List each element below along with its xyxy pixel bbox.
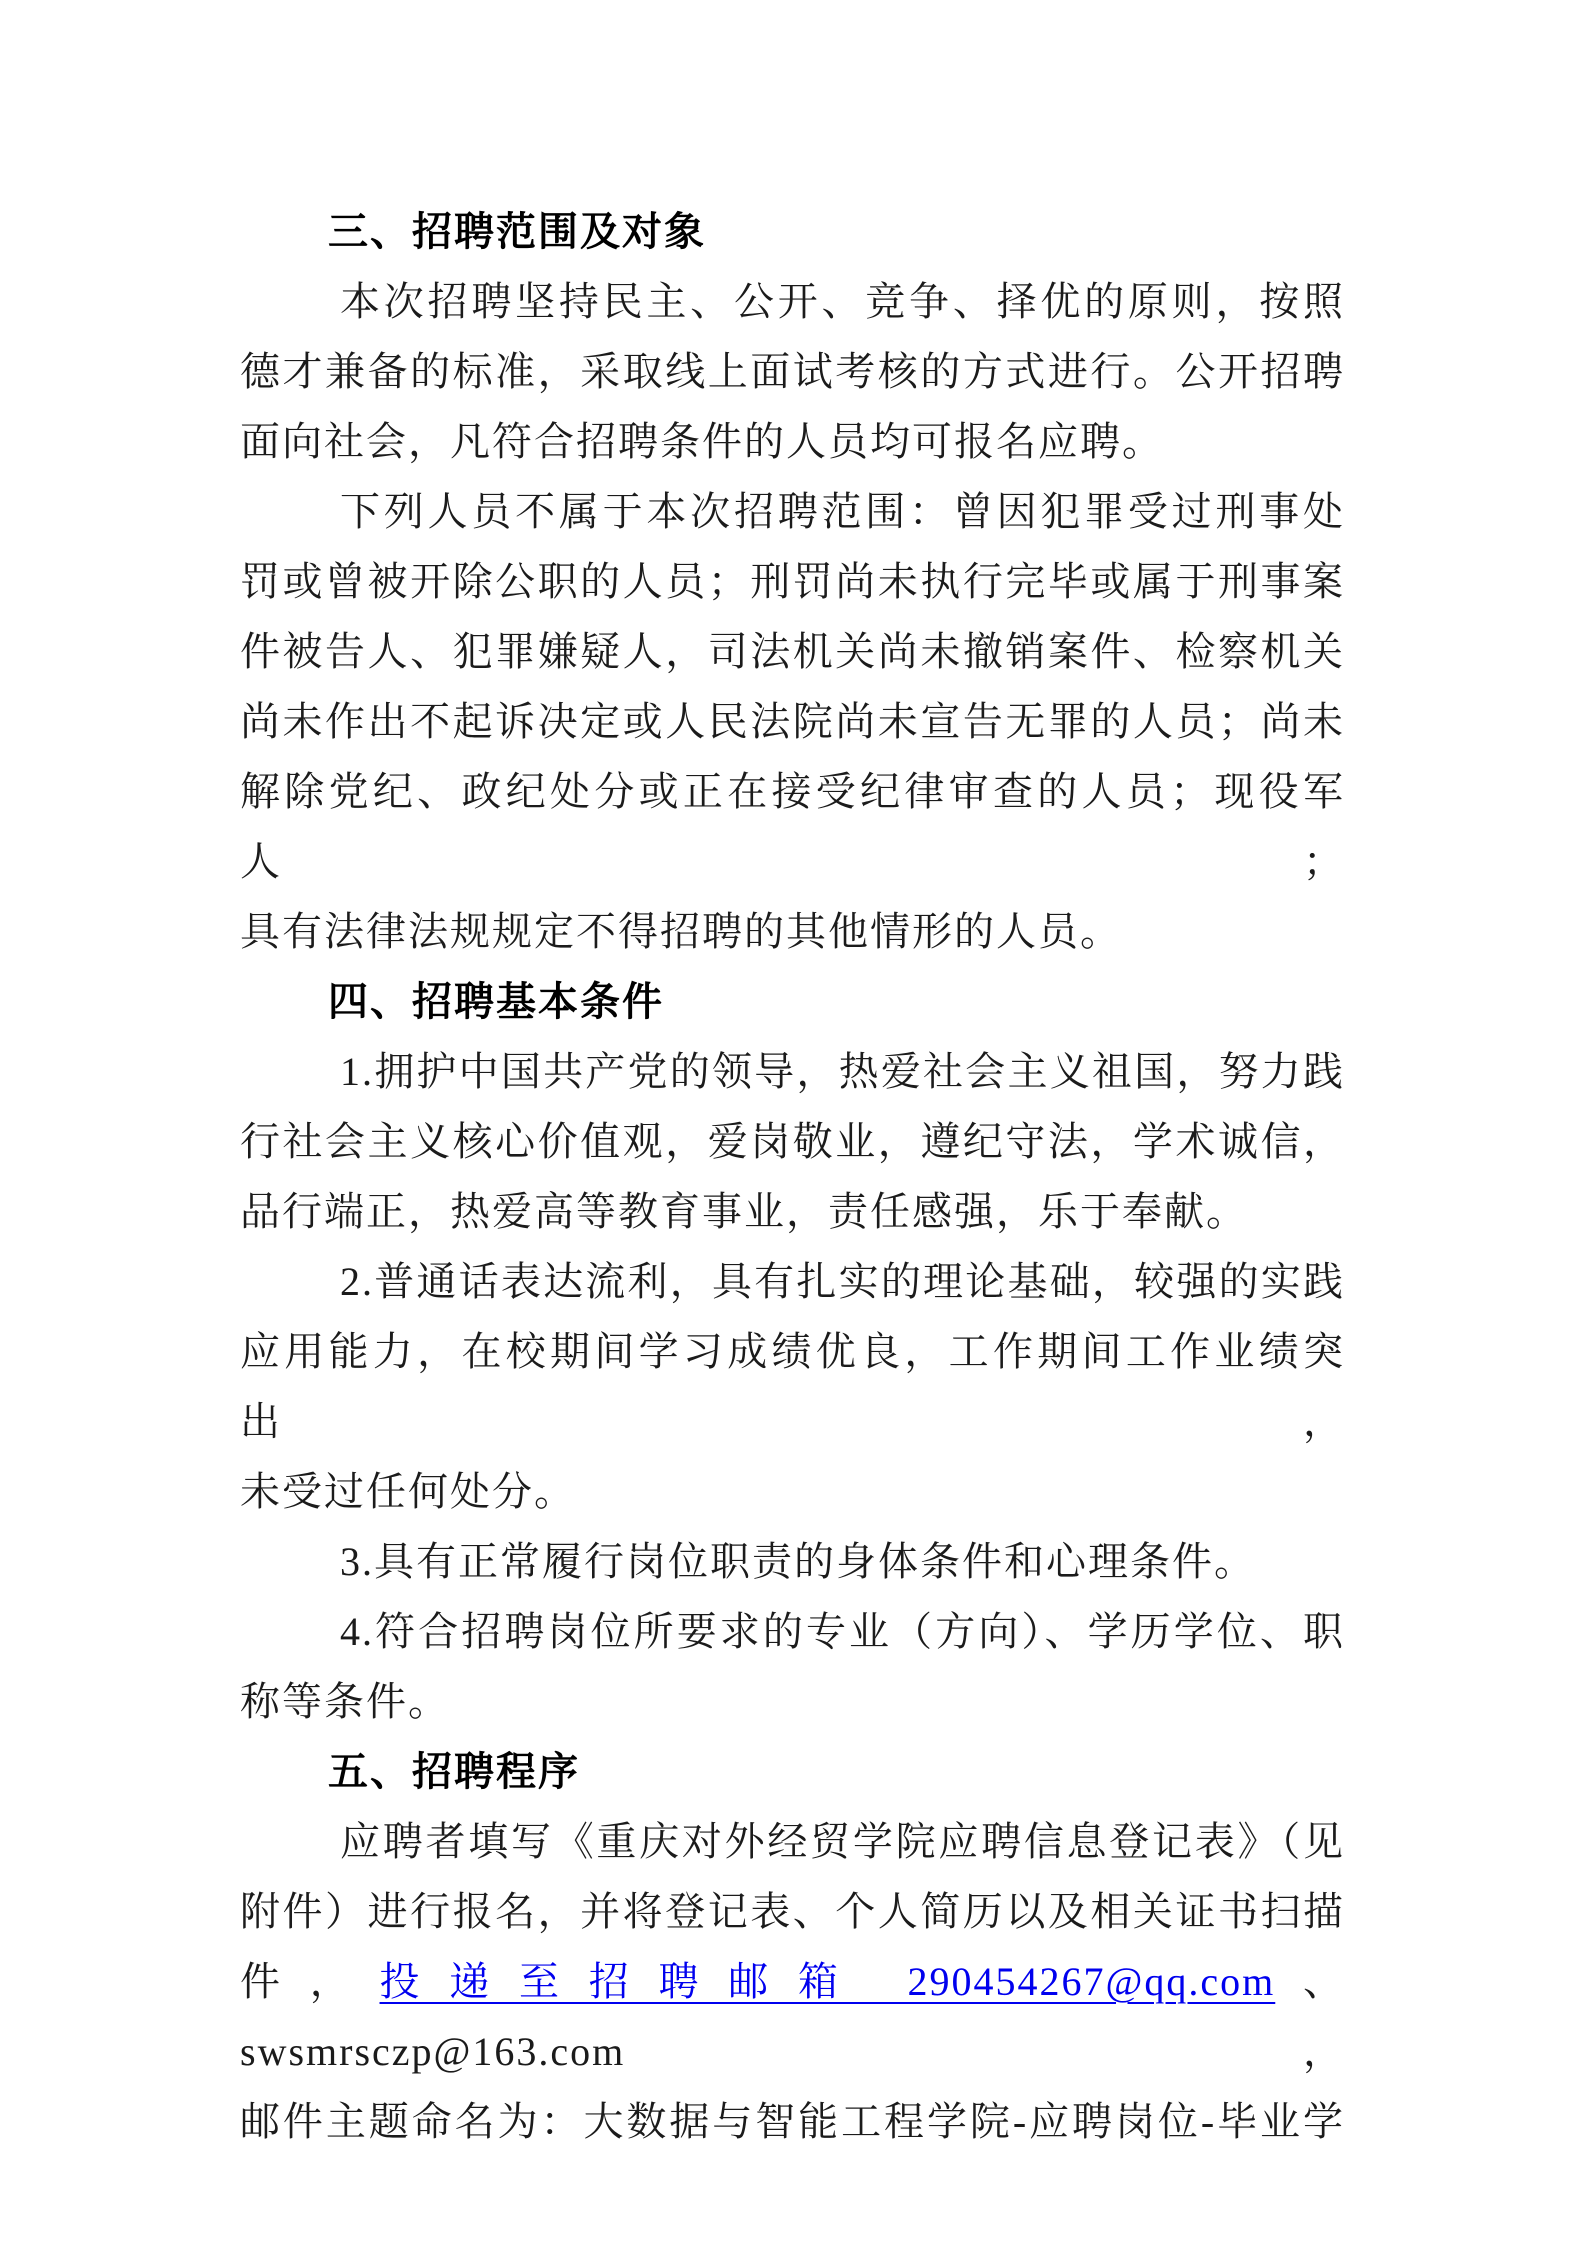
text-line: 解除党纪、政纪处分或正在接受纪律审查的人员；现役军人；	[240, 757, 1345, 897]
text-line: 3.具有正常履行岗位职责的身体条件和心理条件。	[240, 1527, 1345, 1597]
text-segment: 面向社会，凡符合招聘条件的人员均可报名应聘。	[240, 419, 1164, 464]
text-line: 4.符合招聘岗位所要求的专业（方向）、学历学位、职	[240, 1597, 1345, 1667]
text-segment: 五、招聘程序	[328, 1750, 580, 1794]
text-segment: 件，	[240, 1959, 380, 2004]
text-line: 下列人员不属于本次招聘范围：曾因犯罪受过刑事处	[240, 477, 1345, 547]
text-line: 面向社会，凡符合招聘条件的人员均可报名应聘。	[240, 407, 1345, 477]
text-segment: 下列人员不属于本次招聘范围：曾因犯罪受过刑事处	[340, 489, 1345, 534]
section-heading: 三、招聘范围及对象	[240, 197, 1345, 267]
text-segment: 德才兼备的标准，采取线上面试考核的方式进行。公开招聘	[240, 349, 1345, 394]
text-segment: 行社会主义核心价值观，爱岗敬业，遵纪守法，学术诚信，	[240, 1119, 1345, 1164]
text-line: 具有法律法规规定不得招聘的其他情形的人员。	[240, 897, 1345, 967]
text-line: 未受过任何处分。	[240, 1457, 1345, 1527]
text-line: 德才兼备的标准，采取线上面试考核的方式进行。公开招聘	[240, 337, 1345, 407]
text-segment: 罚或曾被开除公职的人员；刑罚尚未执行完毕或属于刑事案	[240, 559, 1345, 604]
text-segment: 件被告人、犯罪嫌疑人，司法机关尚未撤销案件、检察机关	[240, 629, 1345, 674]
text-segment: 称等条件。	[240, 1679, 450, 1724]
text-segment: 2.普通话表达流利，具有扎实的理论基础，较强的实践	[340, 1259, 1345, 1304]
text-segment: 未受过任何处分。	[240, 1469, 576, 1514]
text-line: 件被告人、犯罪嫌疑人，司法机关尚未撤销案件、检察机关	[240, 617, 1345, 687]
text-segment: 三、招聘范围及对象	[328, 210, 706, 254]
text-segment: 尚未作出不起诉决定或人民法院尚未宣告无罪的人员；尚未	[240, 699, 1345, 744]
section-heading: 五、招聘程序	[240, 1737, 1345, 1807]
text-segment: 本次招聘坚持民主、公开、竞争、择优的原则，按照	[340, 279, 1345, 324]
recruitment-email-link[interactable]: 投递至招聘邮箱 290454267@qq.com	[380, 1959, 1276, 2004]
section-heading: 四、招聘基本条件	[240, 967, 1345, 1037]
text-segment: 3.具有正常履行岗位职责的身体条件和心理条件。	[340, 1539, 1256, 1584]
text-segment: 四、招聘基本条件	[328, 980, 664, 1024]
text-line: 本次招聘坚持民主、公开、竞争、择优的原则，按照	[240, 267, 1345, 337]
text-line: 称等条件。	[240, 1667, 1345, 1737]
text-segment: 品行端正，热爱高等教育事业，责任感强，乐于奉献。	[240, 1189, 1248, 1234]
text-segment: 具有法律法规规定不得招聘的其他情形的人员。	[240, 909, 1122, 954]
text-segment: 附件）进行报名，并将登记表、个人简历以及相关证书扫描	[240, 1889, 1345, 1934]
text-line: 件，投递至招聘邮箱 290454267@qq.com、swsmrsczp@163…	[240, 1947, 1345, 2087]
text-line: 行社会主义核心价值观，爱岗敬业，遵纪守法，学术诚信，	[240, 1107, 1345, 1177]
text-line: 应用能力，在校期间学习成绩优良，工作期间工作业绩突出，	[240, 1317, 1345, 1457]
text-line: 1.拥护中国共产党的领导，热爱社会主义祖国，努力践	[240, 1037, 1345, 1107]
text-line: 应聘者填写《重庆对外经贸学院应聘信息登记表》（见	[240, 1807, 1345, 1877]
document-body: 三、招聘范围及对象本次招聘坚持民主、公开、竞争、择优的原则，按照德才兼备的标准，…	[0, 0, 1587, 2157]
text-segment: 邮件主题命名为：大数据与智能工程学院-应聘岗位-毕业学	[240, 2099, 1345, 2144]
text-line: 品行端正，热爱高等教育事业，责任感强，乐于奉献。	[240, 1177, 1345, 1247]
text-line: 邮件主题命名为：大数据与智能工程学院-应聘岗位-毕业学	[240, 2087, 1345, 2157]
text-line: 罚或曾被开除公职的人员；刑罚尚未执行完毕或属于刑事案	[240, 547, 1345, 617]
text-segment: 应用能力，在校期间学习成绩优良，工作期间工作业绩突出，	[240, 1329, 1345, 1444]
text-segment: 4.符合招聘岗位所要求的专业（方向）、学历学位、职	[340, 1609, 1345, 1654]
text-segment: 解除党纪、政纪处分或正在接受纪律审查的人员；现役军人；	[240, 769, 1345, 884]
text-line: 附件）进行报名，并将登记表、个人简历以及相关证书扫描	[240, 1877, 1345, 1947]
document-page: 三、招聘范围及对象本次招聘坚持民主、公开、竞争、择优的原则，按照德才兼备的标准，…	[0, 0, 1587, 2245]
text-segment: 1.拥护中国共产党的领导，热爱社会主义祖国，努力践	[340, 1049, 1345, 1094]
text-line: 尚未作出不起诉决定或人民法院尚未宣告无罪的人员；尚未	[240, 687, 1345, 757]
text-line: 2.普通话表达流利，具有扎实的理论基础，较强的实践	[240, 1247, 1345, 1317]
text-segment: 应聘者填写《重庆对外经贸学院应聘信息登记表》（见	[340, 1819, 1345, 1864]
